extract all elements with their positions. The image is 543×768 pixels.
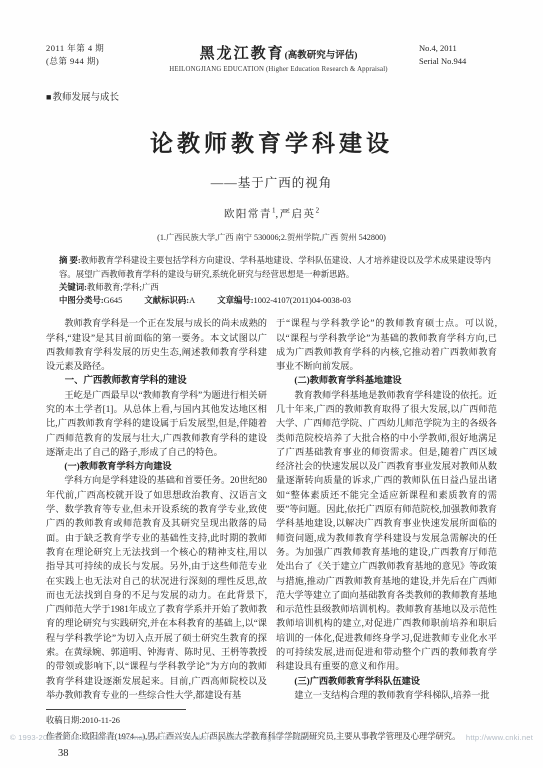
section-label: 教师发展与成长	[52, 92, 119, 103]
abstract-label: 摘 要:	[59, 256, 81, 265]
article-meta: 摘 要:教师教育学科建设主要包括学科方向建设、学科基地建设、学科队伍建设、人才培…	[46, 254, 497, 307]
journal-name-main: 黑龙江教育	[200, 46, 285, 62]
issue-en-line1: No.4, 2011	[419, 42, 497, 55]
copyright-url: http://www.cnki.net	[466, 733, 533, 742]
footnote-divider	[46, 709, 186, 710]
abstract-text: 教师教育学科建设主要包括学科方向建设、学科基地建设、学科队伍建设、人才培养建设以…	[59, 256, 491, 278]
body-paragraph: 王屹是广西最早以“教师教育学科”为题进行相关研究的本土学者[1]。从总体上看,与…	[46, 388, 267, 459]
author-name: 严启英	[280, 209, 316, 220]
section-heading: (二)教师教育学科基地建设	[276, 373, 497, 387]
keywords-text: 教师教育;学科;广西	[87, 283, 159, 292]
issue-info-cn: 2011 年第 4 期 (总第 944 期)	[46, 42, 138, 68]
journal-header: 2011 年第 4 期 (总第 944 期) 黑龙江教育(高教研究与评估) HE…	[46, 42, 497, 73]
body-paragraph: 教师教育学科是一个正在发展与成长的尚未成熟的学科,“建设”是其目前面临的第一要务…	[46, 316, 267, 373]
author-affil-mark: 2	[316, 207, 320, 215]
article-id: 文章编号:1002-4107(2011)04-0038-03	[217, 296, 351, 305]
body-paragraph: 学科方向是学科建设的基础和首要任务。20世纪80年代前,广西高校就开设了如思想政…	[46, 473, 267, 702]
left-column: 教师教育学科是一个正在发展与成长的尚未成熟的学科,“建设”是其目前面临的第一要务…	[46, 316, 267, 728]
journal-name-suffix: (高教研究与评估)	[285, 51, 358, 61]
article-title: 论教师教育学科建设	[46, 125, 497, 158]
article-subtitle: ——基于广西的视角	[46, 173, 497, 191]
section-tag: ■教师发展与成长	[46, 89, 497, 103]
copyright-text: © 1993-2012 China Academic Journal Elect…	[10, 733, 318, 742]
author-name: 欧阳常青	[224, 209, 272, 220]
right-column: 于“课程与学科教学论”的教师教育硕士点。可以说,以“课程与学科教学论”为基础的教…	[276, 316, 497, 728]
classification-line: 中图分类号:G645 文献标识码:A 文章编号:1002-4107(2011)0…	[59, 294, 491, 307]
copyright-line: © 1993-2012 China Academic Journal Elect…	[10, 733, 533, 742]
issue-en-line2: Serial No.944	[419, 55, 497, 68]
issue-info-en: No.4, 2011 Serial No.944	[419, 42, 497, 68]
page-number: 38	[58, 748, 497, 759]
issue-cn-line1: 2011 年第 4 期	[46, 42, 138, 55]
section-heading: (三)广西教师教育学科队伍建设	[276, 674, 497, 688]
footnote-text: 收稿日期:2010-11-26	[46, 714, 267, 728]
section-marker-icon: ■	[46, 92, 51, 102]
affiliation-line: (1.广西民族大学,广西 南宁 530006;2.贺州学院,广西 贺州 5428…	[46, 232, 497, 243]
body-paragraph: 于“课程与学科教学论”的教师教育硕士点。可以说,以“课程与学科教学论”为基础的教…	[276, 316, 497, 373]
body-columns: 教师教育学科是一个正在发展与成长的尚未成熟的学科,“建设”是其目前面临的第一要务…	[46, 316, 497, 728]
journal-name-block: 黑龙江教育(高教研究与评估) HEILONGJIANG EDUCATION (H…	[138, 42, 419, 73]
journal-page: 2011 年第 4 期 (总第 944 期) 黑龙江教育(高教研究与评估) HE…	[0, 0, 543, 768]
abstract: 摘 要:教师教育学科建设主要包括学科方向建设、学科基地建设、学科队伍建设、人才培…	[59, 254, 491, 280]
section-heading: (一)教师教育学科方向建设	[46, 459, 267, 473]
issue-cn-line2: (总第 944 期)	[46, 55, 138, 68]
body-paragraph: 教育教师学科基地是教师教育学科建设的依托。近几十年来,广西的教师教育取得了很大发…	[276, 388, 497, 674]
journal-name-en: HEILONGJIANG EDUCATION (Higher Education…	[138, 66, 419, 73]
keywords: 关键词:教师教育;学科;广西	[59, 281, 491, 294]
clc-number: 中图分类号:G645	[59, 296, 122, 305]
article: 论教师教育学科建设 ——基于广西的视角 欧阳常青1,严启英2 (1.广西民族大学…	[46, 125, 497, 729]
keywords-label: 关键词:	[59, 283, 87, 292]
journal-name-cn: 黑龙江教育(高教研究与评估)	[138, 42, 419, 63]
document-code: 文献标识码:A	[144, 296, 195, 305]
section-heading: 一、广西教师教育学科的建设	[46, 373, 267, 387]
body-paragraph: 建立一支结构合理的教师教育学科梯队,培养一批	[276, 688, 497, 702]
author-line: 欧阳常青1,严启英2	[46, 206, 497, 221]
